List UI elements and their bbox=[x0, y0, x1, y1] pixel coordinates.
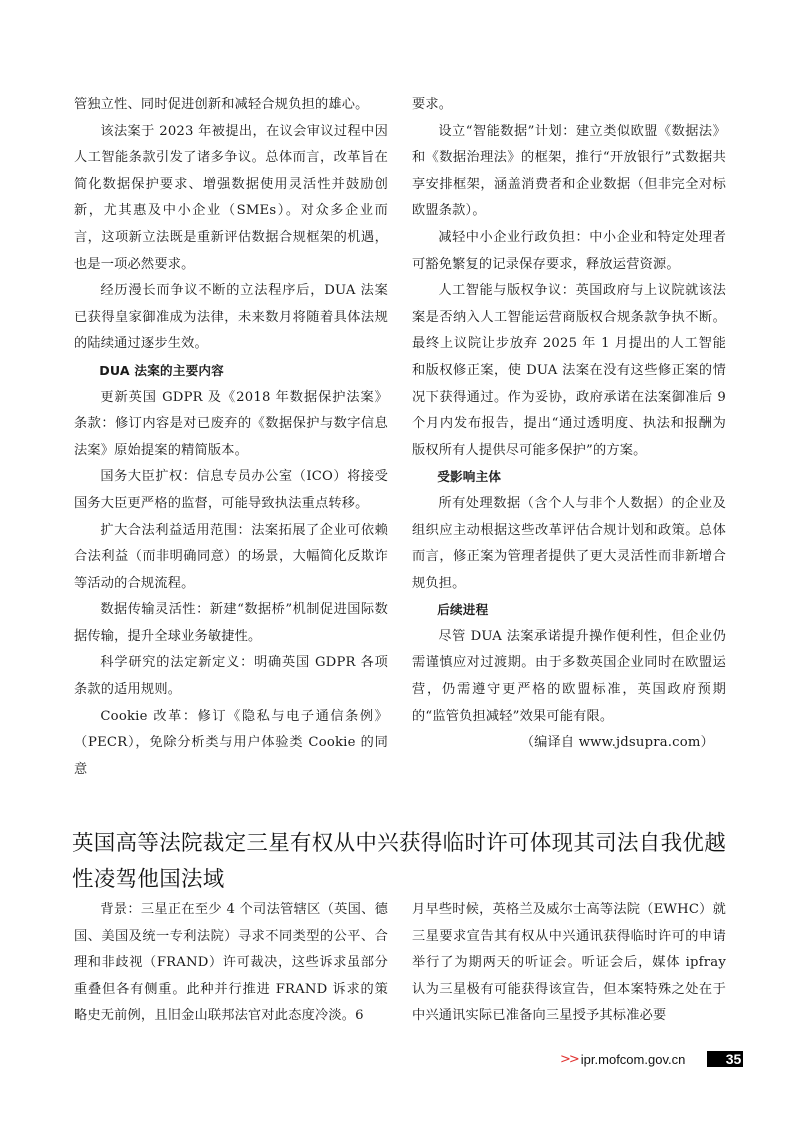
paragraph: 该法案于 2023 年被提出，在议会审议过程中因人工智能条款引发了诸多争议。总体… bbox=[74, 119, 388, 279]
article1-right-column: 要求。 设立“智能数据”计划：建立类似欧盟《数据法》和《数据治理法》的框架，推行… bbox=[412, 92, 726, 757]
section-heading: DUA 法案的主要内容 bbox=[74, 358, 388, 385]
paragraph: 经历漫长而争议不断的立法程序后，DUA 法案已获得皇家御准成为法律，未来数月将随… bbox=[74, 278, 388, 358]
paragraph: 国务大臣扩权：信息专员办公室（ICO）将接受国务大臣更严格的监督，可能导致执法重… bbox=[74, 464, 388, 517]
page-footer: >> ipr.mofcom.gov.cn 35 bbox=[560, 1049, 743, 1069]
paragraph: 所有处理数据（含个人与非个人数据）的企业及组织应主动根据这些改革评估合规计划和政… bbox=[412, 491, 726, 597]
article2-left-column: 背景：三星正在至少 4 个司法管辖区（英国、德国、美国及统一专利法院）寻求不同类… bbox=[74, 897, 388, 1030]
article1-left-column: 管独立性、同时促进创新和减轻合规负担的雄心。 该法案于 2023 年被提出，在议… bbox=[74, 92, 388, 783]
paragraph: 月早些时候，英格兰及威尔士高等法院（EWHC）就三星要求宣告其有权从中兴通讯获得… bbox=[412, 897, 726, 1030]
page-number: 35 bbox=[707, 1051, 743, 1067]
footer-site-link[interactable]: ipr.mofcom.gov.cn bbox=[581, 1052, 686, 1067]
paragraph: 数据传输灵活性：新建“数据桥”机制促进国际数据传输，提升全球业务敏捷性。 bbox=[74, 597, 388, 650]
source-citation: （编译自 www.jdsupra.com） bbox=[412, 730, 726, 757]
paragraph: 背景：三星正在至少 4 个司法管辖区（英国、德国、美国及统一专利法院）寻求不同类… bbox=[74, 897, 388, 1030]
paragraph: 尽管 DUA 法案承诺提升操作便利性，但企业仍需谨慎应对过渡期。由于多数英国企业… bbox=[412, 624, 726, 730]
section-heading: 受影响主体 bbox=[412, 464, 726, 491]
paragraph: 人工智能与版权争议：英国政府与上议院就该法案是否纳入人工智能运营商版权合规条款争… bbox=[412, 278, 726, 464]
paragraph: 科学研究的法定新定义：明确英国 GDPR 各项条款的适用规则。 bbox=[74, 650, 388, 703]
paragraph: Cookie 改革：修订《隐私与电子通信条例》（PECR），免除分析类与用户体验… bbox=[74, 704, 388, 784]
paragraph: 减轻中小企业行政负担：中小企业和特定处理者可豁免繁复的记录保存要求，释放运营资源… bbox=[412, 225, 726, 278]
paragraph: 扩大合法利益适用范围：法案拓展了企业可依赖合法利益（而非明确同意）的场景，大幅简… bbox=[74, 518, 388, 598]
paragraph: 管独立性、同时促进创新和减轻合规负担的雄心。 bbox=[74, 92, 388, 119]
double-chevron-icon: >> bbox=[560, 1052, 578, 1067]
paragraph: 更新英国 GDPR 及《2018 年数据保护法案》条款：修订内容是对已废弃的《数… bbox=[74, 385, 388, 465]
paragraph: 要求。 bbox=[412, 92, 726, 119]
article-title: 英国高等法院裁定三星有权从中兴获得临时许可体现其司法自我优越性凌驾他国法域 bbox=[72, 826, 726, 898]
article2-right-column: 月早些时候，英格兰及威尔士高等法院（EWHC）就三星要求宣告其有权从中兴通讯获得… bbox=[412, 897, 726, 1030]
section-heading: 后续进程 bbox=[412, 597, 726, 624]
paragraph: 设立“智能数据”计划：建立类似欧盟《数据法》和《数据治理法》的框架，推行“开放银… bbox=[412, 119, 726, 225]
